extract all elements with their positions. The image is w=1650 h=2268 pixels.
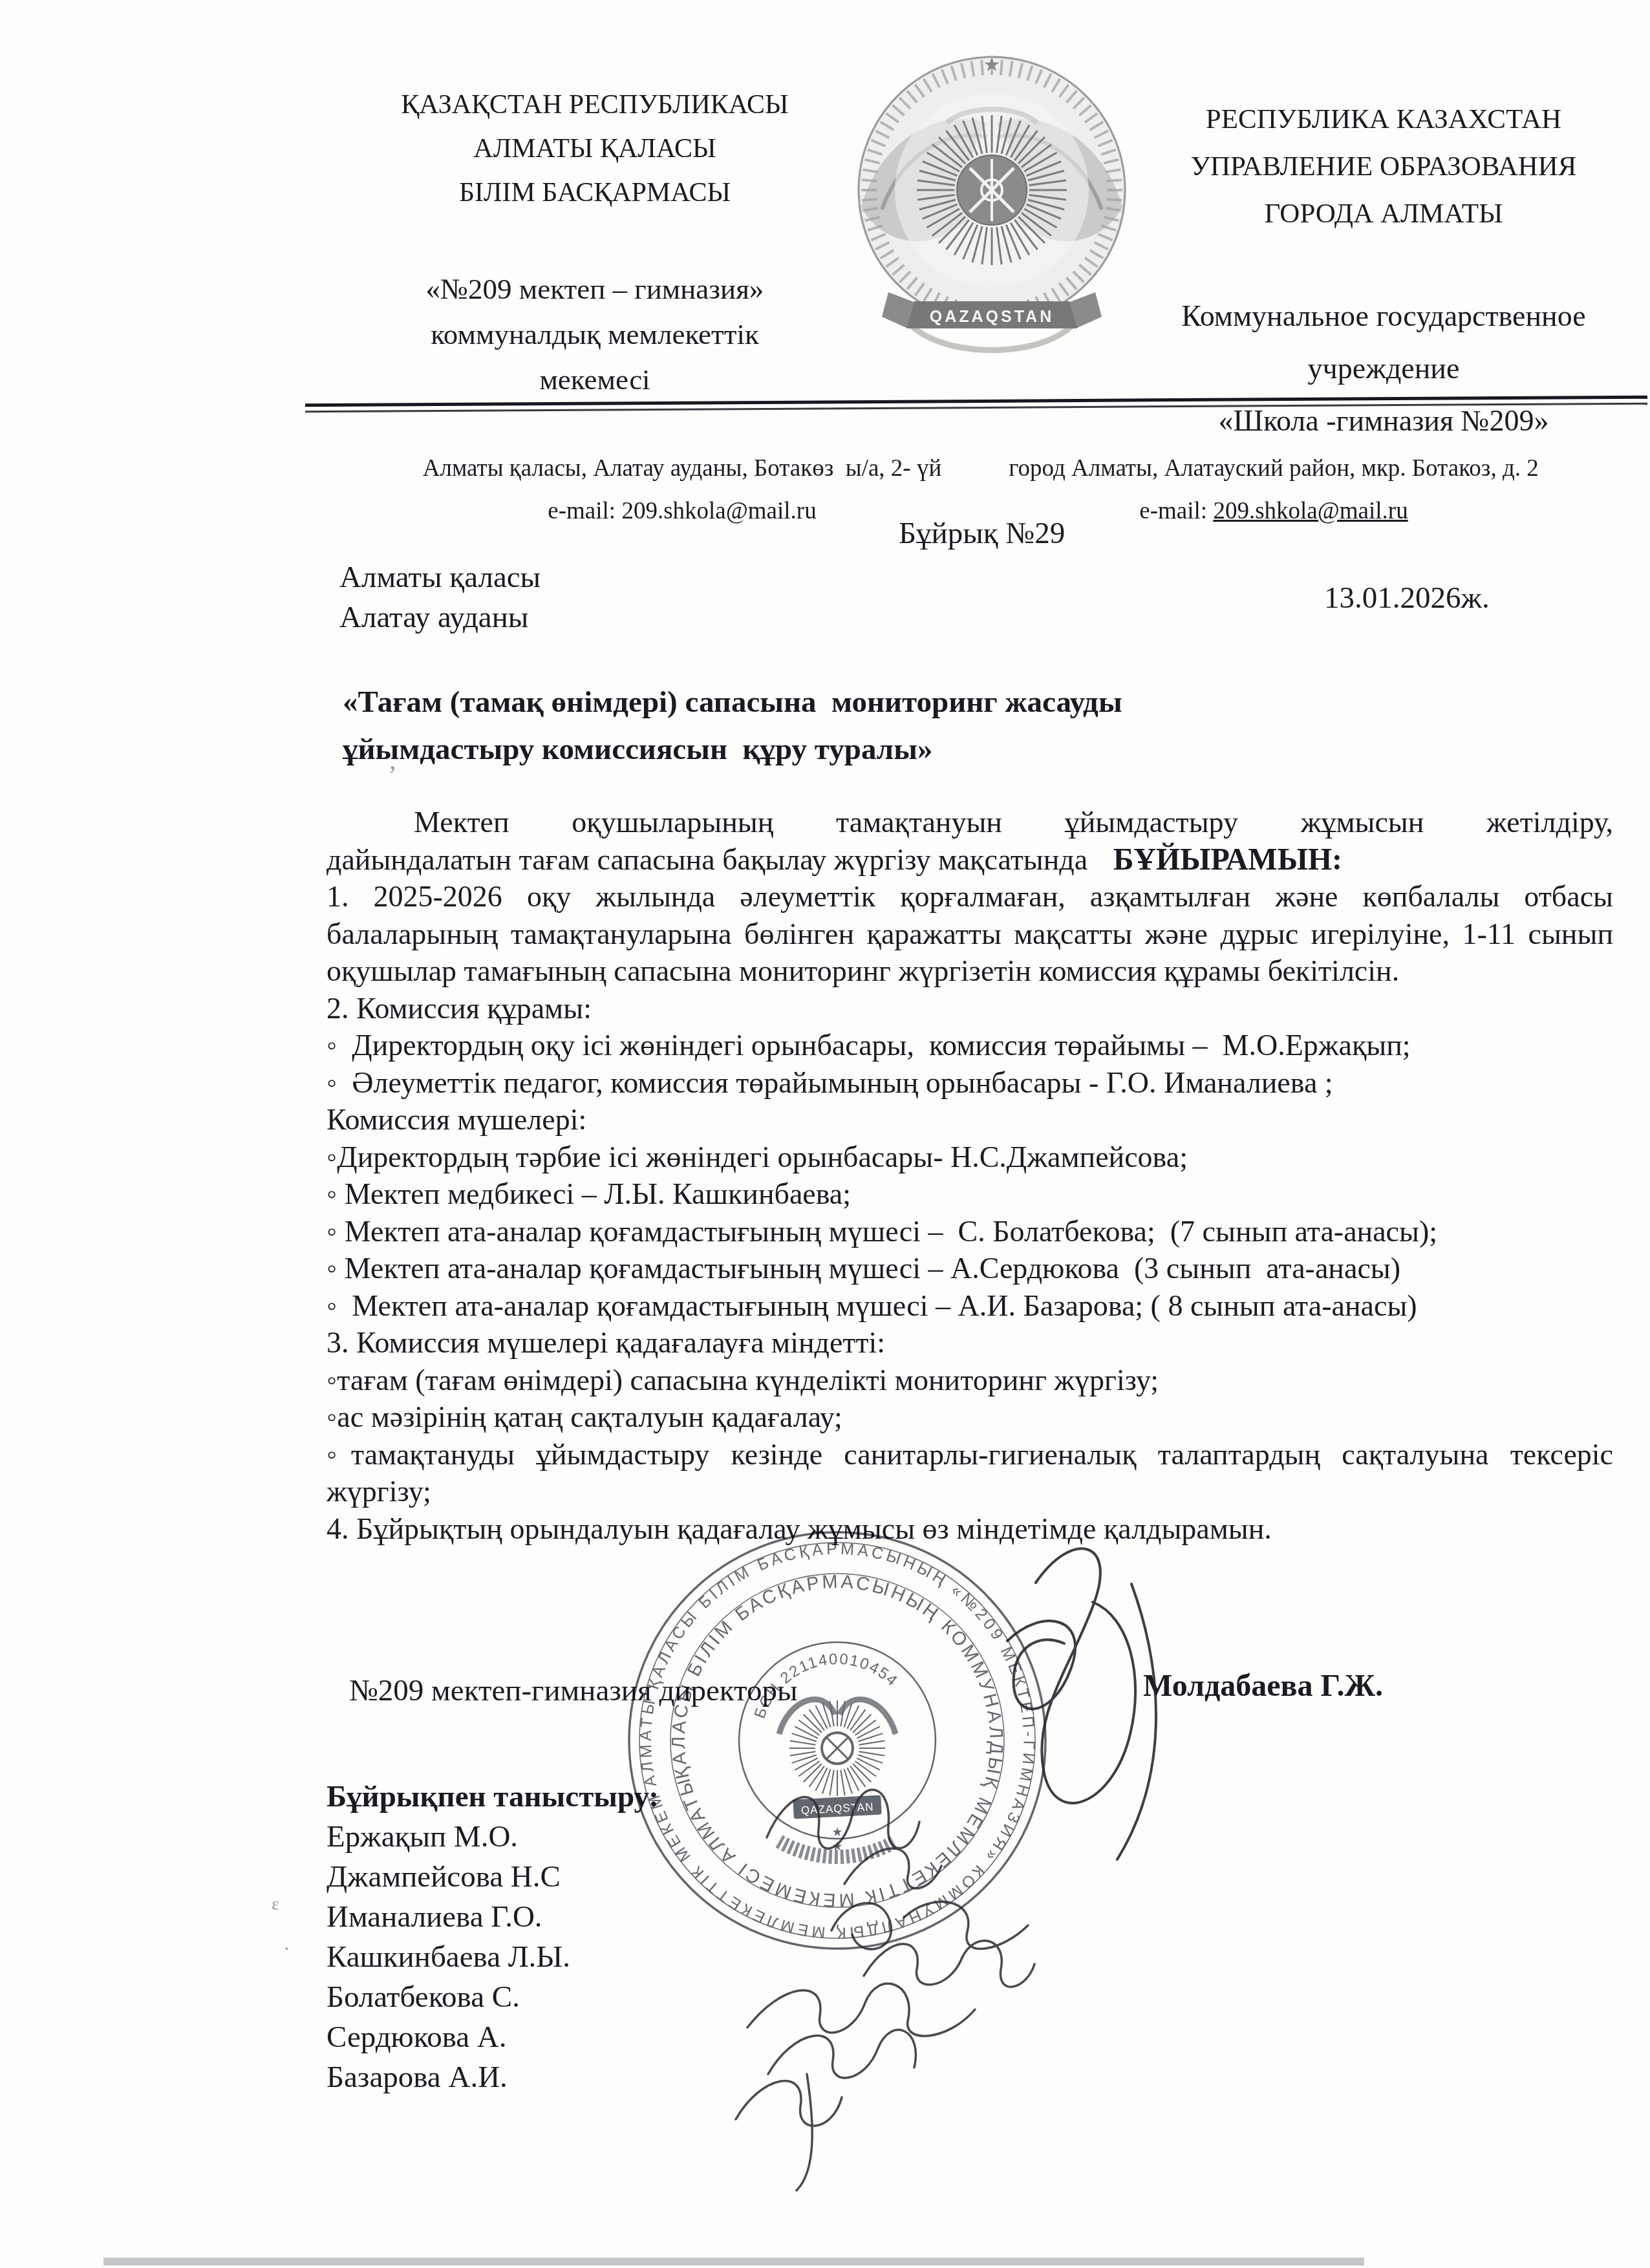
order-place: Алматы қаласы Алатау ауданы [339, 557, 541, 637]
org-ru-sub-line: учреждение [1161, 342, 1607, 394]
address-kazakh: Алматы қаласы, Алатау ауданы, Ботакөз ы/… [407, 447, 957, 533]
ack-name: Сердюкова А. [327, 2017, 659, 2057]
body-item: Комиссия мүшелері: [327, 1101, 1613, 1139]
ack-name: Джампейсова Н.С [327, 1857, 659, 1897]
intro-line-2-text: дайындалатын тағам сапасына бақылау жүрг… [327, 843, 1095, 876]
ack-name: Кашкинбаева Л.Ы. [327, 1937, 659, 1977]
order-date: 13.01.2026ж. [1324, 581, 1490, 615]
document-title: «Тағам (тамақ өнімдері) сапасына монитор… [343, 679, 1312, 773]
order-verb-bold: БҰЙЫРАМЫН: [1113, 842, 1342, 877]
stamp-middle-ring-text: ҚАЛАСЫ БІЛІМ БАСҚАРМАСЫНЫҢ КОММУНАЛДЫҚ М… [632, 1536, 1042, 1947]
org-ru-line: УПРАВЛЕНИЕ ОБРАЗОВАНИЯ [1161, 143, 1607, 190]
ack-name: Базарова А.И. [327, 2057, 659, 2097]
org-kk-line: БІЛІМ БАСҚАРМАСЫ [388, 171, 802, 215]
kazakhstan-emblem-icon: ★ QAZAQSTAN [843, 40, 1141, 376]
org-kk-sub-line: мекемесі [388, 357, 802, 402]
emblem-star-icon: ★ [983, 54, 1001, 76]
official-round-stamp: АЛМАТЫ ҚАЛАСЫ БІЛІМ БАСҚАРМАСЫНЫҢ «№209 … [617, 1521, 1057, 1960]
body-item: ◦ Мектеп ата-аналар қоғамдастығының мүше… [327, 1287, 1613, 1325]
org-kk-line: ҚАЗАҚСТАН РЕСПУБЛИКАСЫ [388, 83, 802, 127]
body-item: ◦тағам (тағам өнімдері) сапасына күнделі… [327, 1362, 1613, 1399]
email-ru-label: e-mail: [1139, 498, 1213, 524]
stamp-star-icon: ★ [831, 1826, 842, 1839]
body-item: ◦ Мектеп ата-аналар қоғамдастығының мүше… [327, 1213, 1613, 1250]
address-russian: город Алматы, Алатауский район, мкр. Бот… [1005, 447, 1542, 533]
ack-name: Болатбекова С. [327, 1977, 659, 2017]
org-ru-line: ГОРОДА АЛМАТЫ [1161, 190, 1607, 237]
org-name-kazakh: ҚАЗАҚСТАН РЕСПУБЛИКАСЫ АЛМАТЫ ҚАЛАСЫ БІЛ… [388, 83, 802, 215]
scan-speck: ’ [388, 760, 397, 791]
body-item: ◦ Мектеп медбикесі – Л.Ы. Кашкинбаева; [327, 1175, 1613, 1213]
director-name: Молдабаева Г.Ж. [1143, 1668, 1383, 1704]
email-kk[interactable]: e-mail: 209.shkola@mail.ru [407, 490, 957, 533]
org-kk-sub-line: «№209 мектеп – гимназия» [388, 266, 802, 312]
order-place-city: Алматы қаласы [339, 557, 541, 597]
body-item: ◦ Директордың оқу ісі жөніндегі орынбаса… [327, 1027, 1613, 1064]
org-subname-russian: Коммунальное государственное учреждение … [1161, 290, 1607, 447]
emblem-banner-text: QAZAQSTAN [930, 308, 1054, 326]
ack-name: Иманалиева Г.О. [327, 1897, 659, 1937]
order-body: Мектеп оқушыларының тамақтануын ұйымдаст… [327, 804, 1613, 1547]
scan-speck: ε [272, 1894, 279, 1915]
org-name-russian: РЕСПУБЛИКА КАЗАХСТАН УПРАВЛЕНИЕ ОБРАЗОВА… [1161, 96, 1607, 237]
document-title-line1: «Тағам (тамақ өнімдері) сапасына монитор… [343, 679, 1312, 726]
body-item: 3. Комиссия мүшелері қадағалауға міндетт… [327, 1324, 1613, 1362]
intro-line-2: дайындалатын тағам сапасына бақылау жүрг… [327, 841, 1613, 879]
scanned-order-document: ҚАЗАҚСТАН РЕСПУБЛИКАСЫ АЛМАТЫ ҚАЛАСЫ БІЛ… [0, 0, 1650, 2268]
body-item: ◦ Мектеп ата-аналар қоғамдастығының мүше… [327, 1250, 1613, 1287]
org-ru-line: РЕСПУБЛИКА КАЗАХСТАН [1161, 96, 1607, 143]
order-place-district: Алатау ауданы [339, 597, 541, 637]
body-item: ◦тамақтануды ұйымдастыру кезінде санитар… [327, 1436, 1613, 1510]
org-subname-kazakh: «№209 мектеп – гимназия» коммуналдық мем… [388, 266, 802, 402]
email-ru-link[interactable]: 209.shkola@mail.ru [1213, 498, 1408, 524]
order-number-heading: Бұйрық №29 [899, 516, 1065, 551]
intro-line-1: Мектеп оқушыларының тамақтануын ұйымдаст… [327, 804, 1613, 841]
org-kk-line: АЛМАТЫ ҚАЛАСЫ [388, 127, 802, 171]
address-ru-line: город Алматы, Алатауский район, мкр. Бот… [1005, 447, 1542, 490]
acknowledgement-title: Бұйрықпен таныстыру: [327, 1777, 659, 1817]
body-item: ◦ас мәзірінің қатаң сақталуын қадағалау; [327, 1398, 1613, 1436]
org-ru-sub-line: Коммунальное государственное [1161, 290, 1607, 342]
scan-edge-strip [103, 2258, 1364, 2265]
stamp-banner: QAZAQSTAN [793, 1795, 881, 1819]
body-item: 2. Комиссия құрамы: [327, 990, 1613, 1027]
email-ru-row: e-mail: 209.shkola@mail.ru [1005, 490, 1542, 533]
body-item: 1. 2025-2026 оқу жылында әлеуметтік қорғ… [327, 878, 1613, 990]
scan-speck: · [283, 1937, 290, 1961]
body-item: ◦ Әлеуметтік педагог, комиссия төрайымын… [327, 1064, 1613, 1102]
acknowledgement-block: Бұйрықпен таныстыру: Ержақып М.О. Джампе… [327, 1777, 659, 2097]
org-kk-sub-line: коммуналдық мемлекеттік [388, 312, 802, 357]
ack-name: Ержақып М.О. [327, 1817, 659, 1857]
document-title-line2: ұйымдастыру комиссиясын құру туралы» [343, 726, 1312, 773]
address-kk-line: Алматы қаласы, Алатау ауданы, Ботакөз ы/… [407, 447, 957, 490]
body-item: ◦Директордың тәрбие ісі жөніндегі орынба… [327, 1139, 1613, 1176]
